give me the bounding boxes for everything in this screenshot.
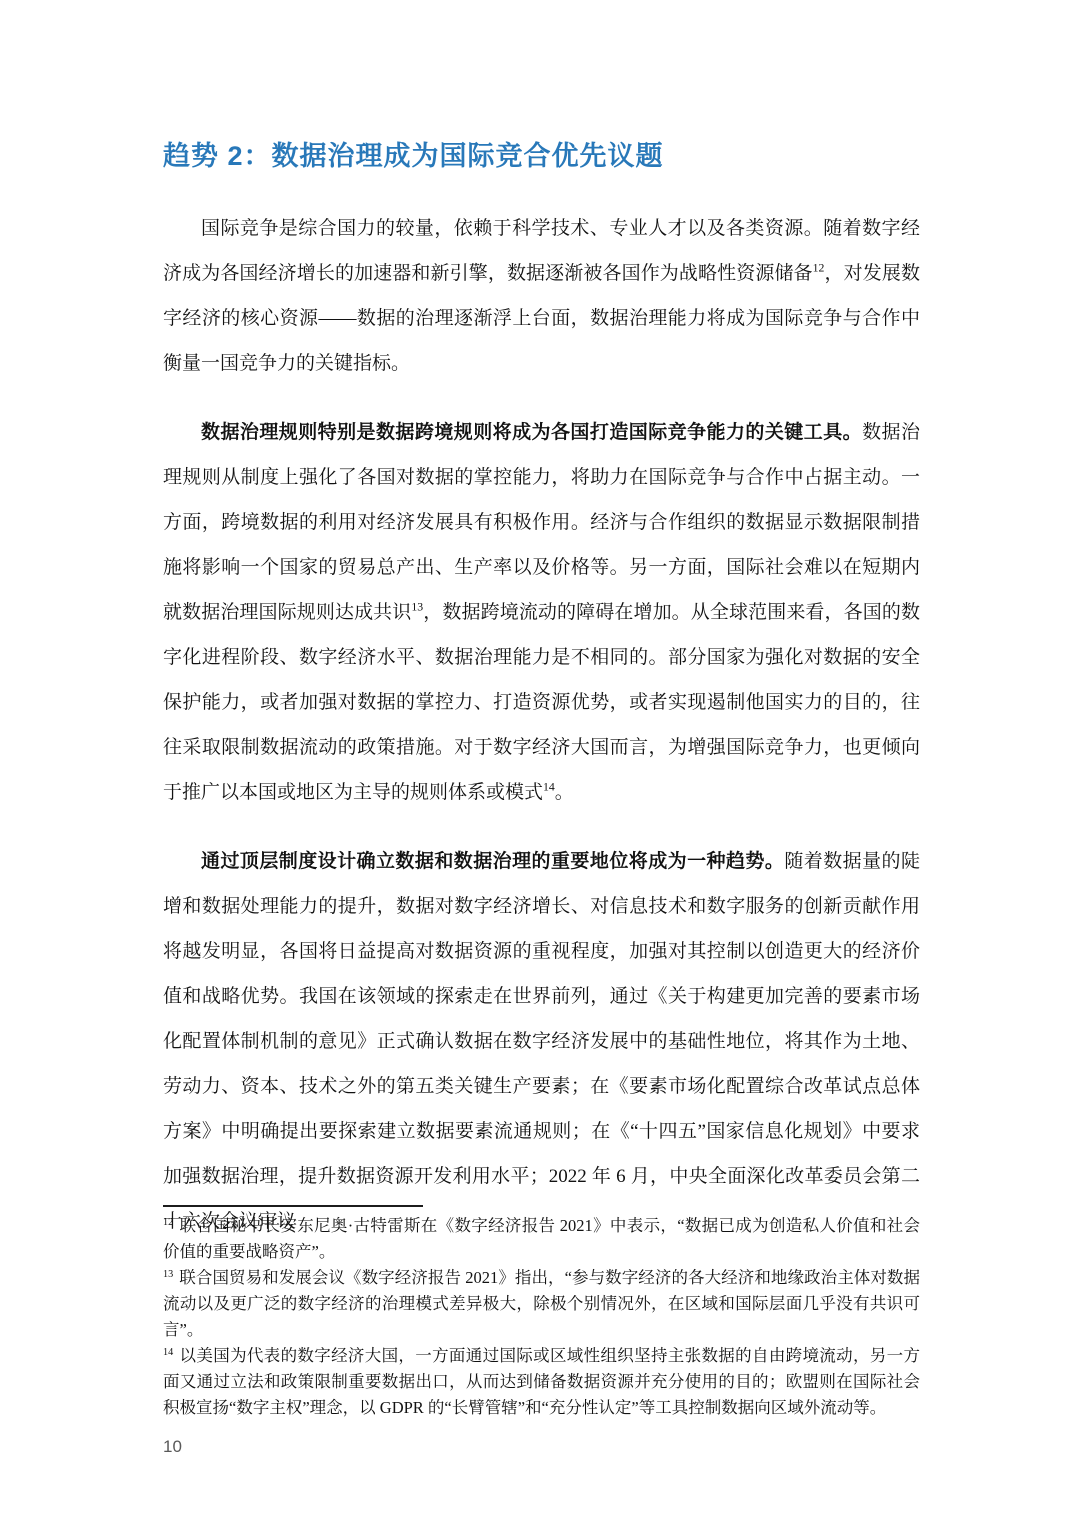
- paragraph: 通过顶层制度设计确立数据和数据治理的重要地位将成为一种趋势。随着数据量的陡增和数…: [163, 839, 920, 1244]
- footnote-ref: 14: [543, 781, 555, 794]
- footnote-number: 14: [163, 1347, 173, 1358]
- footnote: 14以美国为代表的数字经济大国，一方面通过国际或区域性组织坚持主张数据的自由跨境…: [163, 1343, 920, 1421]
- paragraph-text: 国际竞争是综合国力的较量，依赖于科学技术、专业人才以及各类资源。随着数字经济成为…: [163, 218, 920, 284]
- footnote-separator: [163, 1205, 423, 1207]
- section-heading: 趋势 2：数据治理成为国际竞合优先议题: [163, 138, 923, 174]
- page-number: 10: [163, 1437, 182, 1457]
- footnote-text: 联合国贸易和发展会议《数字经济报告 2021》指出，“参与数字经济的各大经济和地…: [163, 1268, 920, 1339]
- paragraph: 国际竞争是综合国力的较量，依赖于科学技术、专业人才以及各类资源。随着数字经济成为…: [163, 206, 920, 386]
- body-content: 国际竞争是综合国力的较量，依赖于科学技术、专业人才以及各类资源。随着数字经济成为…: [163, 206, 920, 1268]
- paragraph-text: 数据治理规则从制度上强化了各国对数据的掌控能力，将助力在国际竞争与合作中占据主动…: [163, 422, 920, 623]
- footnote-ref: 13: [411, 601, 423, 614]
- paragraph: 数据治理规则特别是数据跨境规则将成为各国打造国际竞争能力的关键工具。数据治理规则…: [163, 410, 920, 815]
- footnote-text: 联合国秘书长安东尼奥·古特雷斯在《数字经济报告 2021》中表示，“数据已成为创…: [163, 1216, 920, 1261]
- footnote: 13联合国贸易和发展会议《数字经济报告 2021》指出，“参与数字经济的各大经济…: [163, 1265, 920, 1343]
- footnotes-section: 12联合国秘书长安东尼奥·古特雷斯在《数字经济报告 2021》中表示，“数据已成…: [163, 1205, 920, 1421]
- paragraph-lead-bold: 通过顶层制度设计确立数据和数据治理的重要地位将成为一种趋势。: [201, 851, 784, 872]
- paragraph-lead-bold: 数据治理规则特别是数据跨境规则将成为各国打造国际竞争能力的关键工具。: [201, 422, 862, 443]
- document-page: 趋势 2：数据治理成为国际竞合优先议题 国际竞争是综合国力的较量，依赖于科学技术…: [0, 0, 1080, 1527]
- paragraph-text: 。: [555, 782, 574, 803]
- footnote-number: 13: [163, 1269, 173, 1280]
- paragraph-text: 随着数据量的陡增和数据处理能力的提升，数据对数字经济增长、对信息技术和数字服务的…: [163, 851, 920, 1232]
- footnote-ref: 12: [813, 262, 825, 275]
- footnote-number: 12: [163, 1217, 173, 1228]
- footnote-text: 以美国为代表的数字经济大国，一方面通过国际或区域性组织坚持主张数据的自由跨境流动…: [163, 1346, 920, 1417]
- paragraph-text: ，数据跨境流动的障碍在增加。从全球范围来看，各国的数字化进程阶段、数字经济水平、…: [163, 602, 920, 803]
- footnote: 12联合国秘书长安东尼奥·古特雷斯在《数字经济报告 2021》中表示，“数据已成…: [163, 1213, 920, 1265]
- footnotes-list: 12联合国秘书长安东尼奥·古特雷斯在《数字经济报告 2021》中表示，“数据已成…: [163, 1213, 920, 1421]
